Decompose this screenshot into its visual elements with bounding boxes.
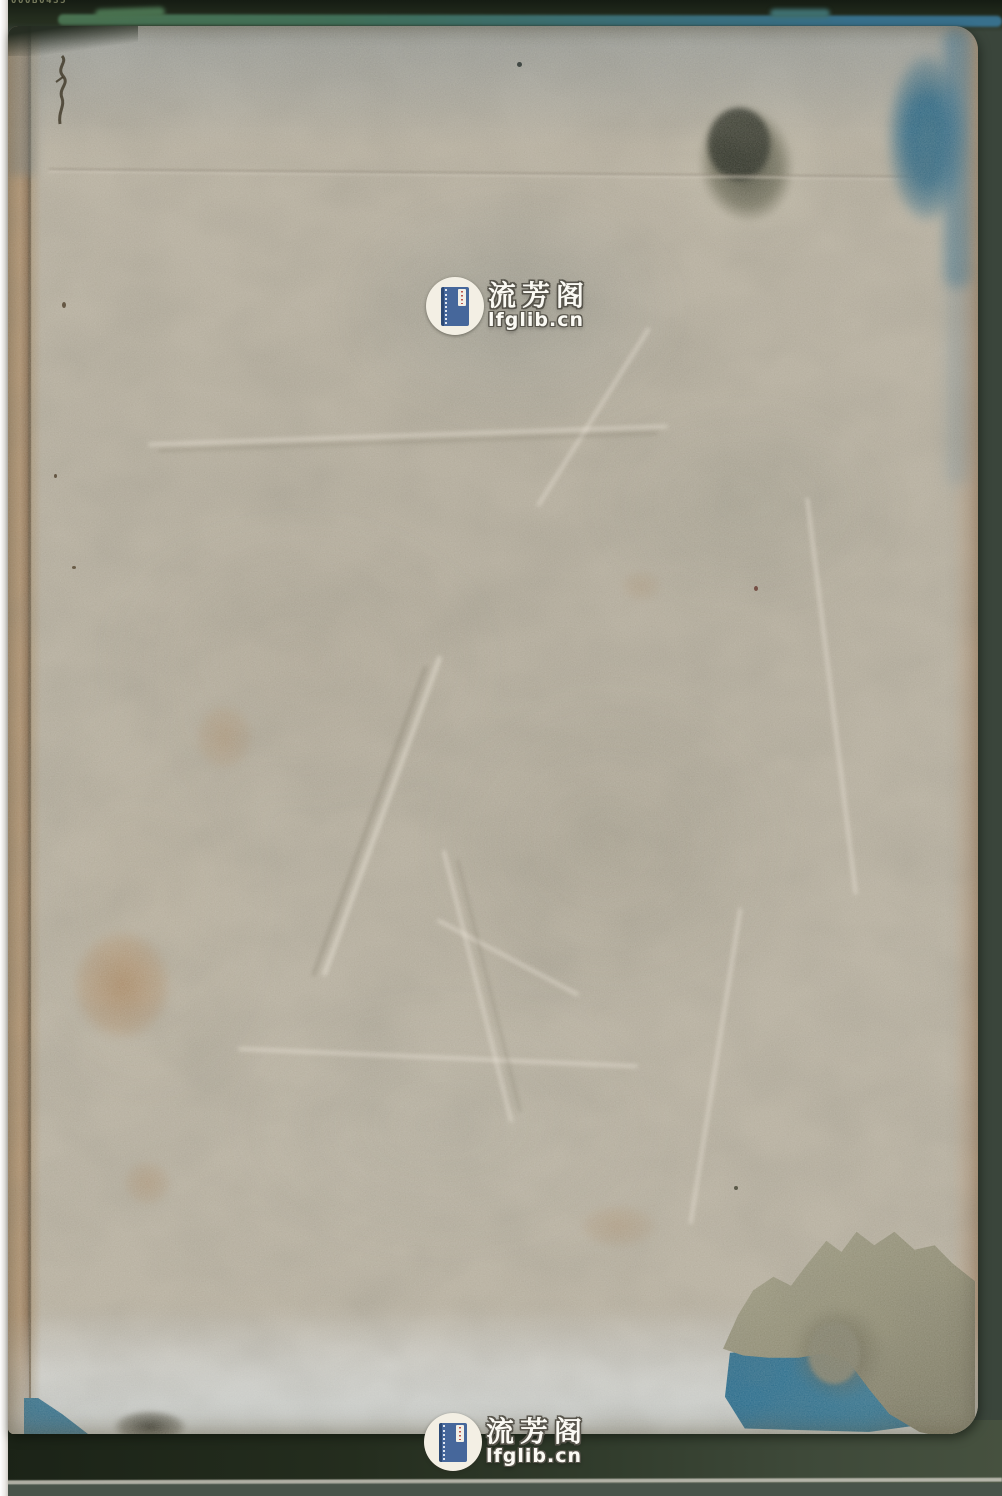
page-edge-shading [8, 26, 978, 1434]
cover-edge-bump [770, 9, 830, 18]
stitched-book-glyph [441, 287, 469, 326]
scan-id-label: 000B0435 [11, 0, 67, 6]
paper-page [8, 26, 978, 1434]
book-logo-icon [424, 1413, 482, 1471]
watermark-site-name: 流芳阁 [486, 1417, 588, 1446]
watermark-site-url: lfglib.cn [488, 311, 590, 331]
site-watermark-top: 流芳阁 lfglib.cn [426, 277, 590, 335]
watermark-text-block: 流芳阁 lfglib.cn [486, 1417, 588, 1466]
cover-top-edge [58, 14, 1002, 27]
watermark-site-name: 流芳阁 [488, 281, 590, 310]
book-logo-icon [426, 277, 484, 335]
book-title-slip [458, 289, 466, 306]
top-left-corner-shadow [8, 26, 138, 56]
stitched-book-glyph [439, 1423, 467, 1462]
watermark-site-url: lfglib.cn [486, 1447, 588, 1467]
site-watermark-bottom: 流芳阁 lfglib.cn [424, 1413, 588, 1471]
book-title-slip [456, 1425, 464, 1442]
backdrop-below-table-line [0, 1483, 1002, 1496]
scanner-edge-strip [0, 0, 8, 1496]
watermark-text-block: 流芳阁 lfglib.cn [488, 281, 590, 330]
